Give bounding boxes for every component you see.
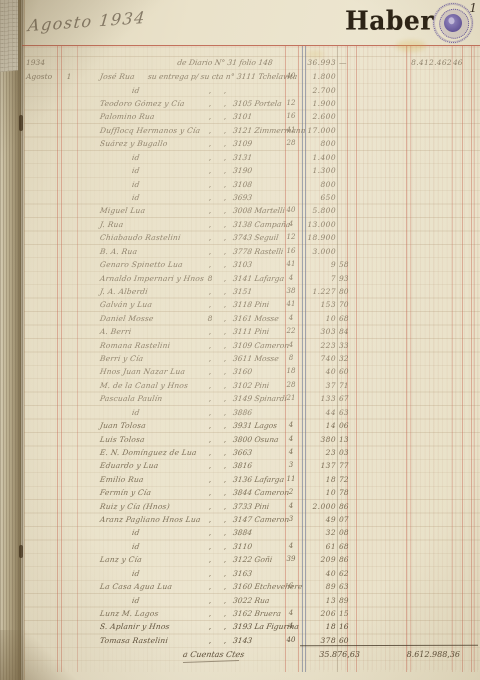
ledger-row: id,,31901.300 <box>0 164 480 177</box>
ledger-row: Ruiz y Cía (Hnos),,3733 Pini42.00086 <box>0 500 480 513</box>
row-ditto-mark: , <box>221 526 229 539</box>
ledger-row: Chiabaudo Rastelini,,3743 Seguil1218.900 <box>0 231 480 244</box>
row-amount: 14 <box>299 419 336 432</box>
row-amount: 18 <box>299 620 336 633</box>
row-ditto-mark: , <box>221 298 229 311</box>
row-ditto-mark: , <box>206 352 214 365</box>
row-cheque-number: 3163 <box>232 567 294 580</box>
row-amount-cents: 72 <box>339 473 355 486</box>
row-folio: 4 <box>285 272 297 285</box>
row-amount: 40 <box>299 365 336 378</box>
row-amount-cents: 71 <box>339 379 355 392</box>
row-folio: 41 <box>285 124 297 137</box>
row-cheque-number: 3693 <box>232 191 294 204</box>
ledger-row: La Casa Agua Lua,,3160 Etchevehere68963 <box>0 580 480 593</box>
row-folio: 4 <box>285 218 297 231</box>
ledger-row: id,,3022 Rua1389 <box>0 594 480 607</box>
row-ditto-mark: , <box>206 379 214 392</box>
row-folio: 4 <box>285 339 297 352</box>
row-ditto-mark: , <box>206 594 214 607</box>
row-account-name: Aranz Pagliano Hnos Lua <box>99 513 213 526</box>
ledger-row: Genaro Spinetto Lua,,310341958 <box>0 258 480 271</box>
row-amount-cents: 16 <box>339 620 355 633</box>
row-amount-cents: 86 <box>339 553 355 566</box>
ledger-row: id,,3108800 <box>0 178 480 191</box>
row-amount: 18 <box>299 473 336 486</box>
row-ditto-mark: , <box>206 473 214 486</box>
row-amount-cents: 58 <box>339 258 355 271</box>
row-account-name: Pascuala Paulín <box>99 392 213 405</box>
row-amount: 223 <box>299 339 336 352</box>
row-day: 1 <box>62 70 76 83</box>
row-folio: 2 <box>285 486 297 499</box>
row-ditto-mark: , <box>206 486 214 499</box>
row-amount: 10 <box>299 486 336 499</box>
ledger-row: Dufflocq Hermanos y Cía,,3121 Zimmermann… <box>0 124 480 137</box>
row-folio: 4 <box>285 500 297 513</box>
page-title-haber: Haber <box>345 5 434 36</box>
row-account-name: A. Berri <box>99 325 213 338</box>
row-folio: 16 <box>285 110 297 123</box>
row-cheque-number: 3886 <box>232 406 294 419</box>
row-folio: 18 <box>285 365 297 378</box>
row-ditto-mark: , <box>221 245 229 258</box>
row-amount: 1.300 <box>299 164 336 177</box>
row-account-name: Miguel Lua <box>99 204 213 217</box>
opening-row: 1934 de Diario N° 31 folio 148 36.993 — … <box>0 56 480 69</box>
row-ditto-mark: , <box>206 124 214 137</box>
row-account-name: Fermín y Cía <box>99 486 213 499</box>
row-account-name: Luis Tolosa <box>99 433 213 446</box>
row-amount: 17.000 <box>299 124 336 137</box>
row-ditto-mark: , <box>221 204 229 217</box>
row-amount-cents: 77 <box>339 459 355 472</box>
row-folio: 4 <box>285 446 297 459</box>
ledger-row: id,,38843208 <box>0 526 480 539</box>
opening-amount: 36.993 <box>299 56 336 69</box>
row-amount-cents: 67 <box>339 392 355 405</box>
row-account-name: Dufflocq Hermanos y Cía <box>99 124 213 137</box>
row-folio: 6 <box>285 580 297 593</box>
row-account-name: Juan Tolosa <box>99 419 213 432</box>
row-ditto-mark: , <box>206 231 214 244</box>
ledger-row: Palomino Rua,,3101162.600 <box>0 110 480 123</box>
row-amount-cents: 13 <box>339 433 355 446</box>
row-ditto-mark: , <box>206 500 214 513</box>
row-ditto-mark: , <box>206 620 214 633</box>
ledger-row: Miguel Lua,,3008 Martelli405.800 <box>0 204 480 217</box>
row-ditto-mark: , <box>206 110 214 123</box>
row-ditto-mark: , <box>206 459 214 472</box>
row-amount: 1.400 <box>299 151 336 164</box>
row-folio: 3 <box>285 513 297 526</box>
row-amount-cents: 86 <box>339 500 355 513</box>
row-amount: 2.700 <box>299 84 336 97</box>
ledger-row: id,,3693650 <box>0 191 480 204</box>
ledger-row: Eduardo y Lua,,3816313777 <box>0 459 480 472</box>
row-amount: 44 <box>299 406 336 419</box>
row-amount-cents: 68 <box>339 312 355 325</box>
row-amount: 23 <box>299 446 336 459</box>
row-ditto-mark: , <box>206 191 214 204</box>
row-amount: 800 <box>299 178 336 191</box>
row-ditto-mark: , <box>206 178 214 191</box>
row-amount: 2.600 <box>299 110 336 123</box>
row-amount-cents: 33 <box>339 339 355 352</box>
row-amount: 61 <box>299 540 336 553</box>
row-ditto-mark: , <box>206 218 214 231</box>
row-amount-cents: 15 <box>339 607 355 620</box>
ledger-row: Juan Tolosa,,3931 Lagos41406 <box>0 419 480 432</box>
row-account-name: Lunz M. Lagos <box>99 607 213 620</box>
row-ditto-mark: , <box>206 433 214 446</box>
ledger-row: Luis Tolosa,,3800 Osuna438013 <box>0 433 480 446</box>
row-ditto-mark: , <box>206 607 214 620</box>
row-amount: 3.000 <box>299 245 336 258</box>
row-folio: 40 <box>285 634 297 647</box>
row-ditto-mark: , <box>206 526 214 539</box>
ledger-row: Romana Rastelini,,3109 Cameron422333 <box>0 339 480 352</box>
ledger-row: Lanz y Cía,,3122 Goñi3920986 <box>0 553 480 566</box>
row-amount: 650 <box>299 191 336 204</box>
row-ditto-mark: , <box>221 486 229 499</box>
row-amount: 10 <box>299 312 336 325</box>
row-folio: 28 <box>285 137 297 150</box>
opening-balance-cents: 46 <box>453 56 467 69</box>
ledger-row: Emilio Rua,,3136 Lafarga111872 <box>0 473 480 486</box>
ledger-page: Agosto 1934 Haber 1 1934 de Diario N° 31… <box>0 0 480 680</box>
row-amount-cents: 80 <box>339 285 355 298</box>
row-ditto-mark: , <box>221 553 229 566</box>
row-account-name: S. Aplanir y Hnos <box>99 620 213 633</box>
row-amount-cents: 78 <box>339 486 355 499</box>
row-ditto-mark: , <box>221 365 229 378</box>
row-amount: 740 <box>299 352 336 365</box>
row-cheque-number: 3190 <box>232 164 294 177</box>
row-ditto-mark: , <box>221 500 229 513</box>
row-account-name: Ruiz y Cía (Hnos) <box>99 500 213 513</box>
ledger-row: Arnaldo Impernari y Hnos8,3141 Lafarga47… <box>0 272 480 285</box>
row-amount-cents: 68 <box>339 540 355 553</box>
row-ditto-mark: , <box>221 580 229 593</box>
row-amount: 37 <box>299 379 336 392</box>
row-ditto-mark: , <box>206 365 214 378</box>
row-folio: 8 <box>285 352 297 365</box>
row-amount: 1.227 <box>299 285 336 298</box>
row-ditto-mark: , <box>221 325 229 338</box>
ledger-row: E. N. Domínguez de Lua,,366342303 <box>0 446 480 459</box>
row-folio: 28 <box>285 379 297 392</box>
ink-stamp-icon <box>429 0 476 47</box>
ledger-row: Hnos Juan Nazar Lua,,3160184060 <box>0 365 480 378</box>
row-ditto-mark: , <box>221 620 229 633</box>
row-folio: 4 <box>285 433 297 446</box>
row-ditto-mark: , <box>221 218 229 231</box>
row-cheque-number: 3884 <box>232 526 294 539</box>
ledger-row: id,,31311.400 <box>0 151 480 164</box>
row-account-name: Suárez y Bugallo <box>99 137 213 150</box>
row-ditto-mark: , <box>206 392 214 405</box>
row-account-name: M. de la Canal y Hnos <box>99 379 213 392</box>
row-account-name: Genaro Spinetto Lua <box>99 258 213 271</box>
row-ditto-mark: , <box>221 607 229 620</box>
ledger-row: id,,31634062 <box>0 567 480 580</box>
row-ditto-mark: , <box>206 339 214 352</box>
row-ditto-mark: , <box>221 352 229 365</box>
row-ditto-mark: , <box>221 164 229 177</box>
row-account-name: Palomino Rua <box>99 110 213 123</box>
row-account-name: Eduardo y Lua <box>99 459 213 472</box>
row-amount: 133 <box>299 392 336 405</box>
row-folio: 4 <box>285 312 297 325</box>
row-cheque-number: 3022 Rua <box>232 594 294 607</box>
row-amount-cents: 07 <box>339 513 355 526</box>
row-ditto-mark: , <box>221 84 229 97</box>
row-ditto-mark: , <box>221 540 229 553</box>
row-account-name: La Casa Agua Lua <box>99 580 213 593</box>
row-amount-cents: 03 <box>339 446 355 459</box>
row-ditto-mark: , <box>206 258 214 271</box>
paper-stain <box>396 40 426 52</box>
row-ditto-mark: , <box>221 339 229 352</box>
row-ditto-mark: , <box>221 446 229 459</box>
ledger-row: Fermín y Cía,,3844 Cameron21078 <box>0 486 480 499</box>
ledger-row: Berri y Cía,,3611 Mosse874032 <box>0 352 480 365</box>
row-ditto-mark: , <box>206 204 214 217</box>
row-ditto-mark: , <box>206 84 214 97</box>
row-amount: 1.900 <box>299 97 336 110</box>
ledger-row: id,,38864463 <box>0 406 480 419</box>
row-amount-cents: 63 <box>339 580 355 593</box>
row-ditto-mark: , <box>221 406 229 419</box>
row-folio: 38 <box>285 285 297 298</box>
row-account-name: Daniel Mosse <box>99 312 213 325</box>
row-ditto-mark: , <box>221 151 229 164</box>
row-ditto-mark: , <box>221 178 229 191</box>
row-ditto-mark: , <box>206 298 214 311</box>
row-ditto-mark: , <box>221 110 229 123</box>
row-ditto-mark: , <box>206 580 214 593</box>
row-amount-cents: 63 <box>339 406 355 419</box>
row-ditto-mark: , <box>206 164 214 177</box>
row-amount-cents: 89 <box>339 594 355 607</box>
row-amount-cents: 08 <box>339 526 355 539</box>
row-folio: 11 <box>285 473 297 486</box>
totals-row: a Cuentas Ctes 35.876,63 8.612.988,36 <box>0 648 480 661</box>
ledger-row: Teodoro Gómez y Cía,,3105 Portela121.900 <box>0 97 480 110</box>
row-folio: 22 <box>285 325 297 338</box>
row-ditto-mark: , <box>206 567 214 580</box>
ledger-row: Agosto1José Ruasu entrega p/ su cta n° 3… <box>0 70 480 83</box>
row-amount: 209 <box>299 553 336 566</box>
row-amount-cents: 06 <box>339 419 355 432</box>
row-cheque-number: 3131 <box>232 151 294 164</box>
row-amount: 303 <box>299 325 336 338</box>
row-account-name: Tomasa Rastelini <box>99 634 213 647</box>
page-title-month: Agosto 1934 <box>27 8 147 35</box>
row-ditto-mark: 8 <box>206 312 214 325</box>
row-amount: 137 <box>299 459 336 472</box>
ledger-row: J. Rua,,3138 Campaña413.000 <box>0 218 480 231</box>
row-amount: 49 <box>299 513 336 526</box>
row-folio: 40 <box>285 70 297 83</box>
row-amount: 13 <box>299 594 336 607</box>
row-month: Agosto <box>26 70 58 83</box>
row-amount: 9 <box>299 258 336 271</box>
ledger-row: Lunz M. Lagos,,3162 Bruera420615 <box>0 607 480 620</box>
row-amount: 7 <box>299 272 336 285</box>
row-ditto-mark: , <box>221 258 229 271</box>
row-folio: 41 <box>285 258 297 271</box>
row-ditto-mark: , <box>221 191 229 204</box>
row-ditto-mark: , <box>206 406 214 419</box>
row-ditto-mark: , <box>206 137 214 150</box>
ledger-row: Aranz Pagliano Hnos Lua,,3147 Cameron349… <box>0 513 480 526</box>
row-amount: 153 <box>299 298 336 311</box>
row-folio: 12 <box>285 231 297 244</box>
row-folio: 4 <box>285 607 297 620</box>
ledger-row: B. A. Rua,,3778 Rastelli163.000 <box>0 245 480 258</box>
row-folio: 4 <box>285 419 297 432</box>
row-ditto-mark: , <box>206 285 214 298</box>
row-amount: 800 <box>299 137 336 150</box>
row-folio: 16 <box>285 245 297 258</box>
row-account-name: Berri y Cía <box>99 352 213 365</box>
ledger-row: A. Berri,,3111 Pini2230384 <box>0 325 480 338</box>
row-amount-cents: 62 <box>339 567 355 580</box>
row-ditto-mark: , <box>221 473 229 486</box>
row-ditto-mark: , <box>221 312 229 325</box>
row-ditto-mark: , <box>221 634 229 647</box>
row-ditto-mark: , <box>221 379 229 392</box>
ledger-row: id,,311046168 <box>0 540 480 553</box>
row-ditto-mark: , <box>221 285 229 298</box>
row-amount: 89 <box>299 580 336 593</box>
row-ditto-mark: , <box>221 231 229 244</box>
ledger-row: M. de la Canal y Hnos,,3102 Pini283771 <box>0 379 480 392</box>
row-amount: 1.800 <box>299 70 336 83</box>
ledger-row: Suárez y Bugallo,,310928800 <box>0 137 480 150</box>
row-folio: 39 <box>285 553 297 566</box>
row-folio: 41 <box>285 298 297 311</box>
row-ditto-mark: , <box>221 459 229 472</box>
row-account-name: J. A. Alberdi <box>99 285 213 298</box>
row-folio: 4 <box>285 620 297 633</box>
row-folio: 21 <box>285 392 297 405</box>
row-ditto-mark: , <box>221 124 229 137</box>
row-amount: 380 <box>299 433 336 446</box>
row-account-name: Lanz y Cía <box>99 553 213 566</box>
row-folio: 40 <box>285 204 297 217</box>
row-ditto-mark: , <box>206 151 214 164</box>
row-account-name: B. A. Rua <box>99 245 213 258</box>
totals-amount-col1: 35.876,63 <box>300 648 360 661</box>
ledger-row: S. Aplanir y Hnos,,3193 La Figurina41816 <box>0 620 480 633</box>
row-ditto-mark: , <box>221 137 229 150</box>
row-amount-cents: 93 <box>339 272 355 285</box>
opening-desc: de Diario N° 31 folio 148 <box>149 56 301 69</box>
row-ditto-mark: , <box>221 433 229 446</box>
row-amount: 40 <box>299 567 336 580</box>
row-ditto-mark: , <box>206 540 214 553</box>
row-ditto-mark: , <box>206 553 214 566</box>
row-account-name: Chiabaudo Rastelini <box>99 231 213 244</box>
row-amount: 32 <box>299 526 336 539</box>
row-ditto-mark: , <box>221 272 229 285</box>
row-amount-cents: 70 <box>339 298 355 311</box>
row-amount-cents: 32 <box>339 352 355 365</box>
ledger-row: id,,2.700 <box>0 84 480 97</box>
row-folio: 12 <box>285 97 297 110</box>
opening-balance: 8.412.462 <box>398 56 452 69</box>
row-ditto-mark: , <box>206 97 214 110</box>
ledger-row: Galván y Lua,,3118 Pini4115370 <box>0 298 480 311</box>
row-account-name: E. N. Domínguez de Lua <box>99 446 213 459</box>
row-ditto-mark: , <box>221 392 229 405</box>
row-account-name: Teodoro Gómez y Cía <box>99 97 213 110</box>
row-account-name: Galván y Lua <box>99 298 213 311</box>
row-account-name: Romana Rastelini <box>99 339 213 352</box>
row-cheque-number: 3108 <box>232 178 294 191</box>
row-account-name: Hnos Juan Nazar Lua <box>99 365 213 378</box>
row-folio: 4 <box>285 540 297 553</box>
row-ditto-mark: , <box>221 419 229 432</box>
row-amount-cents: 60 <box>339 365 355 378</box>
row-ditto-mark: , <box>221 594 229 607</box>
row-note: su entrega p/ su cta n° 3111 Tchelavita <box>147 70 294 83</box>
row-amount: 5.800 <box>299 204 336 217</box>
row-amount: 18.900 <box>299 231 336 244</box>
row-amount: 206 <box>299 607 336 620</box>
row-account-name: J. Rua <box>99 218 213 231</box>
row-ditto-mark: , <box>206 325 214 338</box>
ledger-row: Pascuala Paulín,,3149 Spinardi2113367 <box>0 392 480 405</box>
row-ditto-mark: , <box>221 97 229 110</box>
row-ditto-mark: , <box>206 446 214 459</box>
ledger-row: J. A. Alberdi,,3151381.22780 <box>0 285 480 298</box>
opening-dash: — <box>339 56 355 69</box>
row-folio: 3 <box>285 459 297 472</box>
totals-amount-col2: 8.612.988,36 <box>398 648 460 661</box>
row-amount-cents: 84 <box>339 325 355 338</box>
ledger-row: Daniel Mosse8,3161 Mosse41068 <box>0 312 480 325</box>
row-ditto-mark: , <box>206 513 214 526</box>
row-amount: 13.000 <box>299 218 336 231</box>
opening-year: 1934 <box>26 56 58 69</box>
row-account-name: Arnaldo Impernari y Hnos <box>99 272 213 285</box>
row-ditto-mark: , <box>206 634 214 647</box>
totals-label: a Cuentas Ctes <box>182 648 254 661</box>
row-ditto-mark: , <box>221 567 229 580</box>
row-amount: 2.000 <box>299 500 336 513</box>
row-account-name: Emilio Rua <box>99 473 213 486</box>
row-ditto-mark: 8 <box>206 272 214 285</box>
row-ditto-mark: , <box>206 245 214 258</box>
row-ditto-mark: , <box>206 419 214 432</box>
row-ditto-mark: , <box>221 513 229 526</box>
